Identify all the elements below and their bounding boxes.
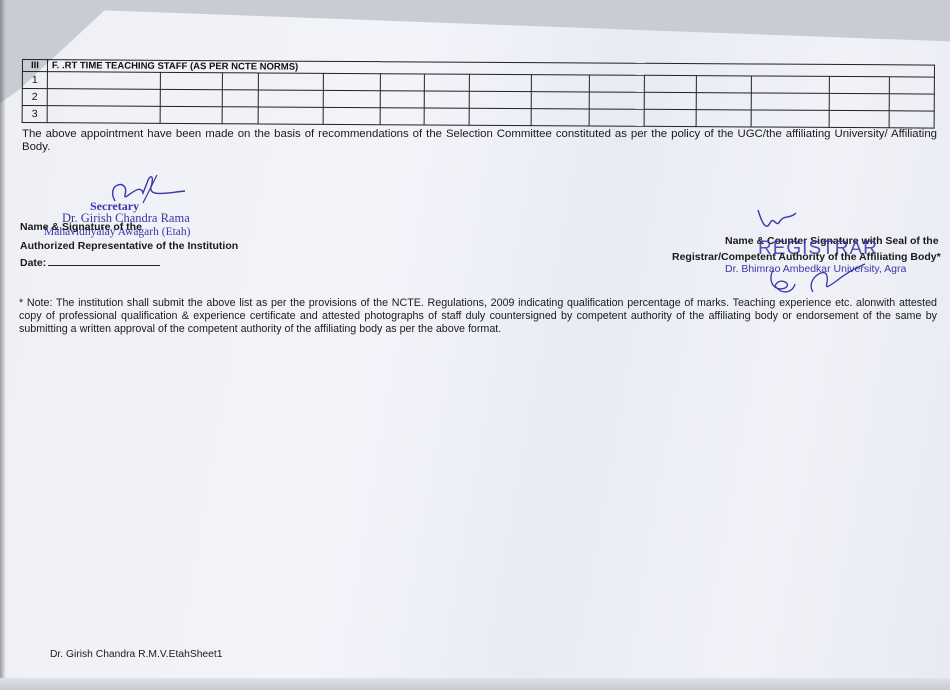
institution-signature-label: Name & Signature of the	[20, 221, 142, 233]
table-cell	[222, 90, 258, 107]
table-cell	[751, 93, 829, 110]
table-cell	[751, 76, 829, 93]
table-cell	[751, 110, 829, 127]
part-time-staff-table: III F. .RT TIME TEACHING STAFF (AS PER N…	[22, 59, 935, 129]
page-edge-shadow	[0, 0, 6, 690]
date-field: Date:	[20, 257, 160, 269]
registrar-initials-icon	[765, 262, 885, 298]
page-footer: Dr. Girish Chandra R.M.V.EtahSheet1	[50, 648, 222, 661]
table-cell	[323, 73, 380, 90]
table-cell	[889, 111, 934, 128]
row-serial: 3	[22, 106, 47, 123]
table-cell	[589, 92, 644, 109]
table-cell	[470, 74, 532, 91]
table-cell	[470, 91, 532, 108]
table-cell	[829, 76, 889, 93]
section-number: III	[22, 60, 47, 72]
row-serial: 1	[22, 72, 47, 89]
table-cell	[645, 75, 697, 92]
row-serial: 2	[22, 89, 47, 106]
table-cell	[323, 90, 380, 107]
table-cell	[258, 73, 323, 90]
authorized-representative-label: Authorized Representative of the Institu…	[20, 240, 238, 252]
table-cell	[380, 74, 425, 91]
table-cell	[696, 76, 751, 93]
table-cell	[47, 72, 160, 90]
table-cell	[323, 107, 380, 124]
date-blank-line	[48, 265, 160, 266]
table-cell	[531, 109, 589, 126]
table-cell	[380, 108, 425, 125]
page-bottom-edge	[0, 678, 950, 690]
table-cell	[889, 94, 934, 111]
table-cell	[532, 92, 590, 109]
table-cell	[644, 92, 696, 109]
table-cell	[644, 109, 696, 126]
table-cell	[425, 108, 470, 125]
table-cell	[160, 106, 222, 123]
submission-note: * Note: The institution shall submit the…	[19, 297, 937, 336]
table-cell	[589, 109, 644, 126]
table-cell	[470, 108, 532, 125]
table-cell	[696, 110, 751, 127]
table-cell	[829, 110, 889, 127]
table-cell	[47, 106, 160, 124]
table-cell	[160, 89, 222, 106]
table-cell	[829, 93, 889, 110]
table-cell	[532, 75, 590, 92]
table-cell	[590, 75, 645, 92]
table-cell	[222, 107, 258, 124]
table-cell	[47, 89, 160, 107]
table-cell	[425, 91, 470, 108]
table-cell	[425, 74, 470, 91]
table-cell	[380, 91, 425, 108]
table-cell	[222, 73, 258, 90]
table-cell	[696, 93, 751, 110]
table-cell	[889, 77, 934, 94]
table-cell	[258, 107, 323, 124]
appointment-statement: The above appointment have been made on …	[22, 128, 937, 154]
table-cell	[258, 90, 323, 107]
table-cell	[160, 72, 222, 89]
date-label: Date:	[20, 257, 46, 269]
